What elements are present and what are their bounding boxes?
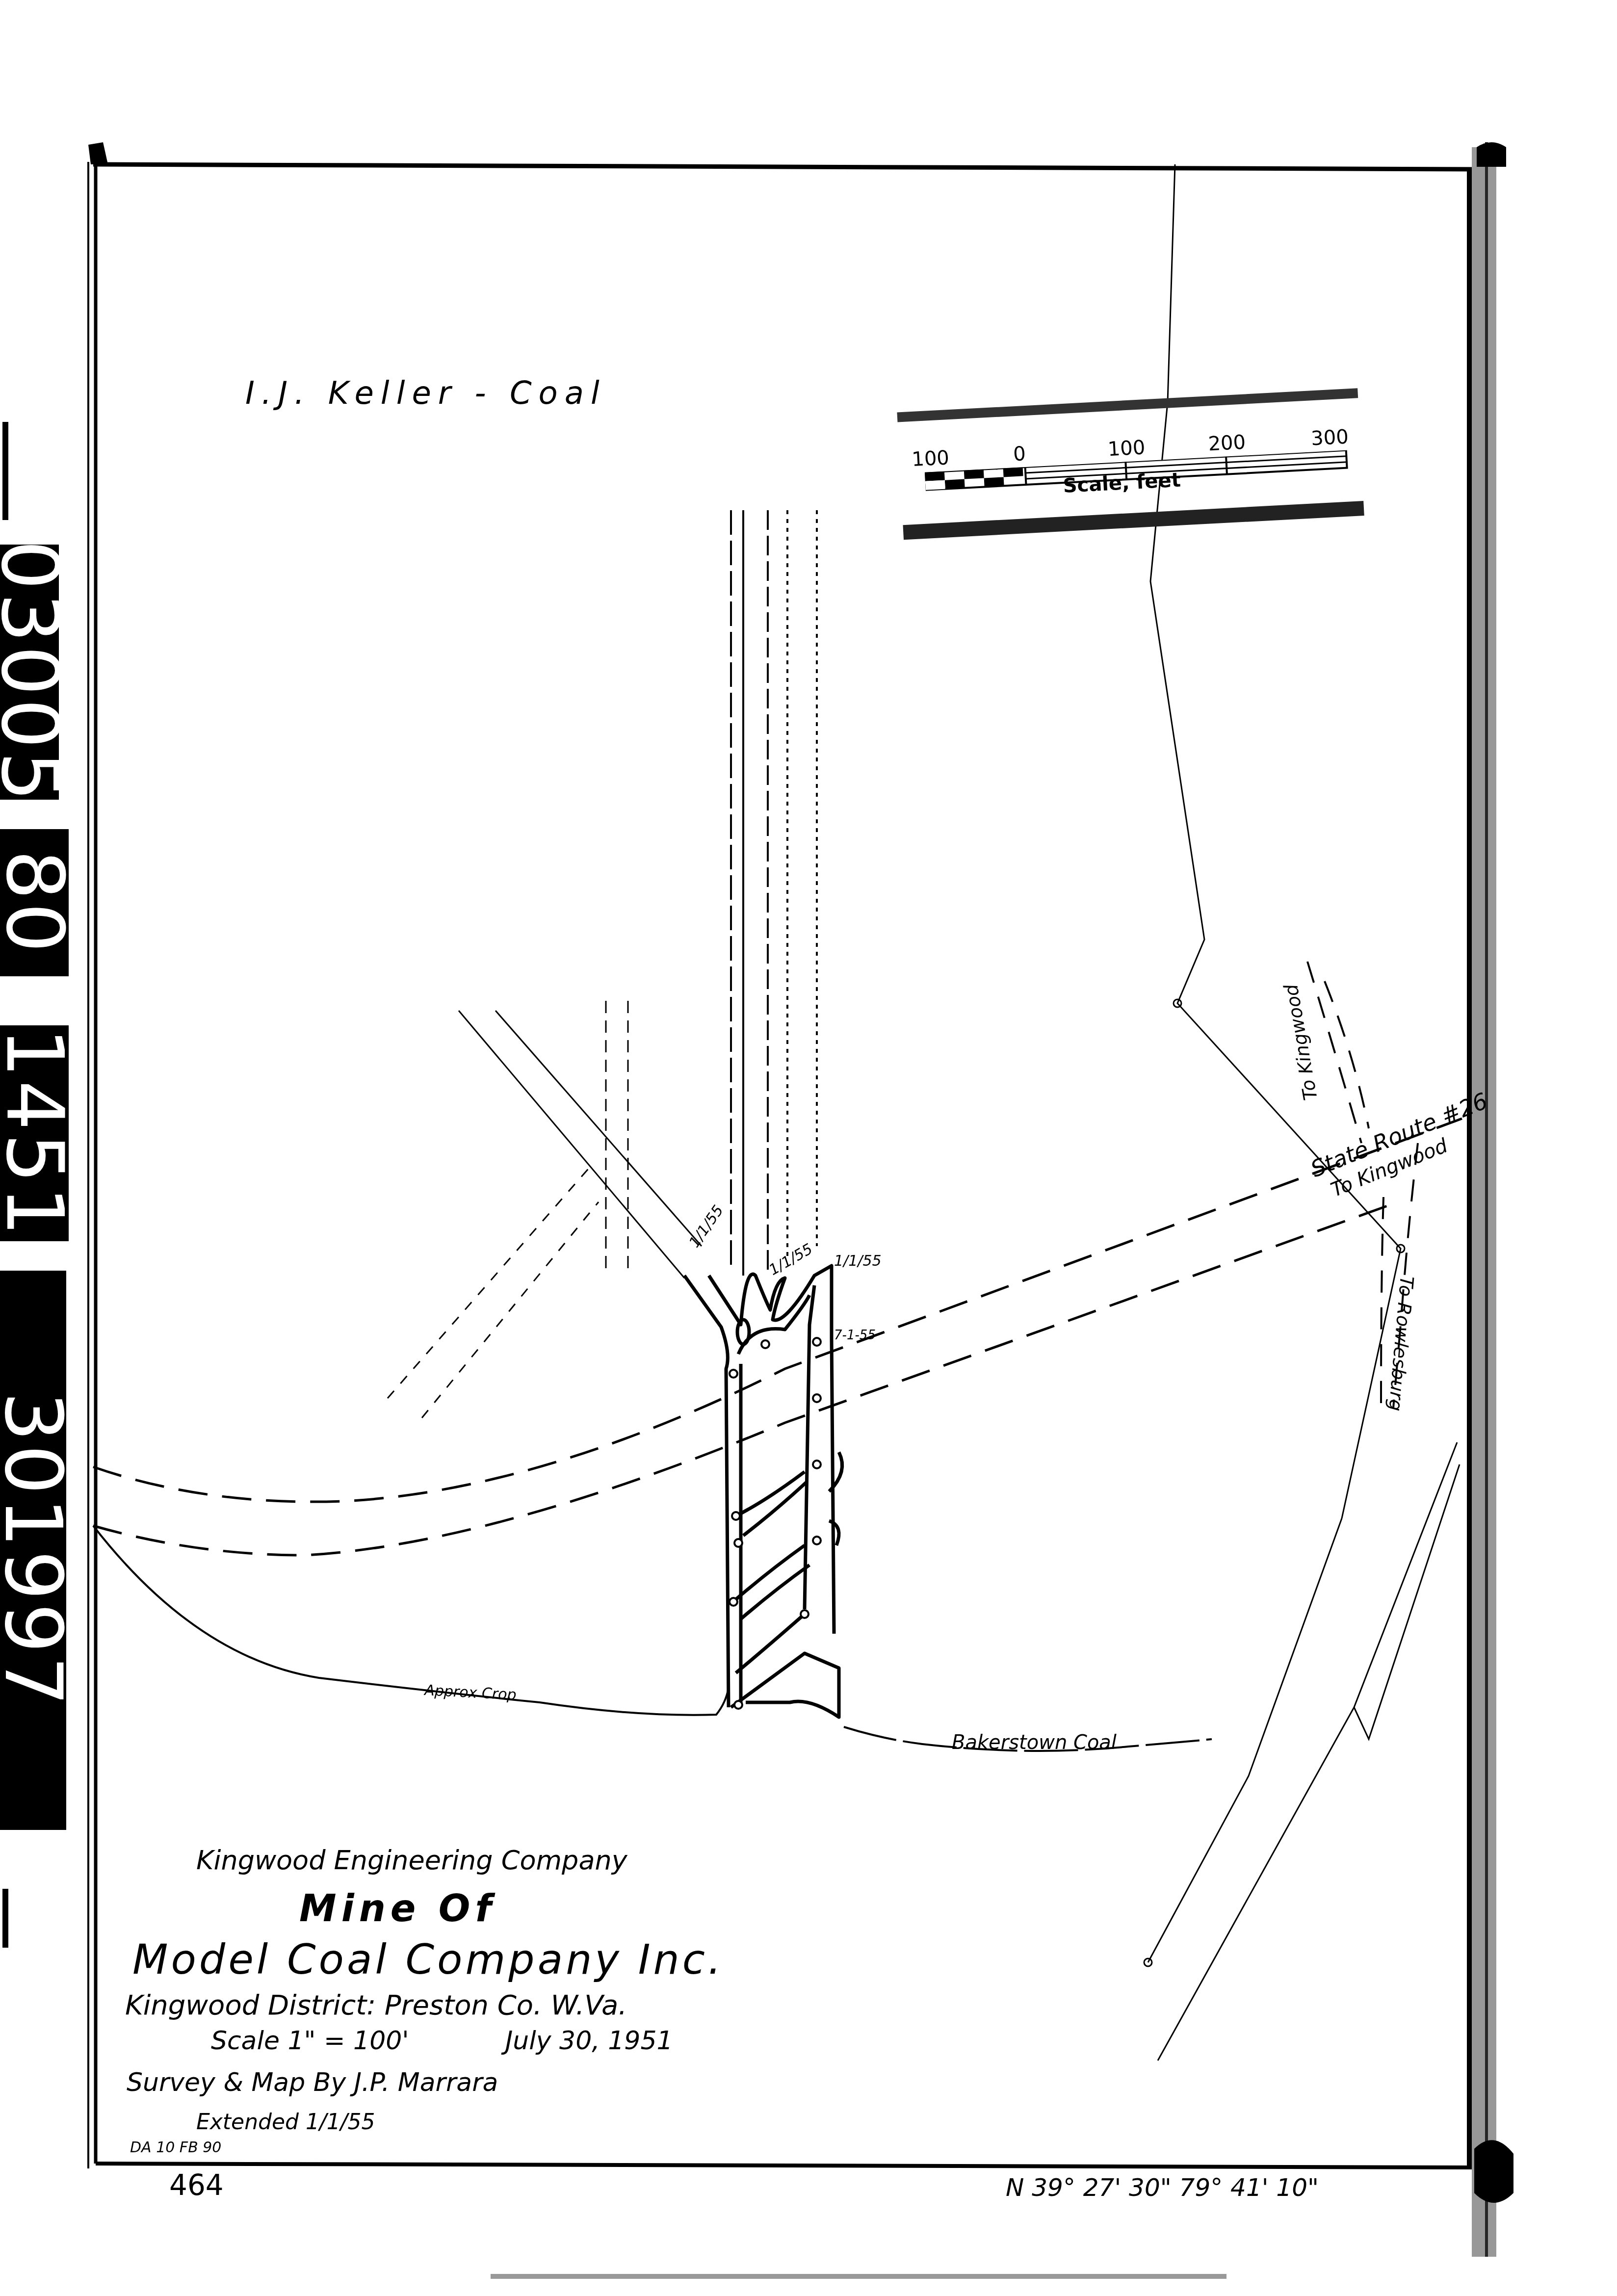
- diagonal-entries: [388, 1001, 702, 1418]
- coal-seam-label: Bakerstown Coal: [952, 1731, 1117, 1754]
- mine-workings: [684, 1266, 842, 1717]
- main-entries: [731, 510, 817, 1276]
- filing-stamp: DA 10 FB 90: [130, 2139, 221, 2156]
- adjacent-property-label: I.J. Keller - Coal: [245, 375, 606, 412]
- mine-map-sheet: State Route #26 To Kingwood To Kingwood …: [0, 0, 1617, 2296]
- surveyor-credit: Survey & Map By J.P. Marrara: [127, 2068, 498, 2097]
- geo-coordinates: N 39° 27' 30" 79° 41' 10": [1006, 2173, 1319, 2202]
- map-heading: Mine Of: [299, 1886, 496, 1930]
- owner-name: Model Coal Company Inc.: [132, 1935, 724, 1983]
- scale-tick: 0: [1013, 443, 1026, 466]
- company-name: Kingwood Engineering Company: [196, 1845, 627, 1876]
- road-south-label: To Rowlesburg: [1384, 1275, 1418, 1412]
- microfilm-id-strip: 03005 80 1451 301997: [0, 545, 74, 1879]
- crop-line: [93, 1526, 1212, 1751]
- sheet-number: 464: [169, 2168, 224, 2202]
- strip-segment: 80: [0, 829, 69, 976]
- mine-date-label: 1/1/55: [834, 1252, 882, 1270]
- strip-mark: [2, 422, 8, 520]
- mine-date-label: 7-1-55: [834, 1328, 876, 1343]
- strip-mark: [2, 1889, 8, 1948]
- strip-segment: 03005: [0, 545, 59, 800]
- scale-tick: 200: [1208, 431, 1247, 455]
- map-scale: Scale 1" = 100': [211, 2026, 409, 2056]
- mine-date-label: 1/1/55: [766, 1240, 816, 1279]
- scale-tick: 300: [1310, 426, 1349, 450]
- mine-date-label: 1/1/55: [686, 1202, 727, 1251]
- map-date: July 30, 1951: [505, 2026, 673, 2056]
- scan-noise: [491, 2274, 1226, 2279]
- strip-segment: 301997: [0, 1271, 66, 1830]
- crop-line-label: Approx Crop: [423, 1682, 517, 1704]
- scale-tick: 100: [1107, 436, 1146, 461]
- binding-clip: [1474, 2140, 1513, 2203]
- scale-tick: 100: [911, 446, 950, 471]
- location-line: Kingwood District: Preston Co. W.Va.: [125, 1989, 627, 2021]
- extension-date: Extended 1/1/55: [196, 2110, 375, 2135]
- strip-segment: 1451: [0, 1025, 69, 1241]
- survey-lines: [1158, 1442, 1460, 2061]
- road-north-label: To Kingwood: [1280, 982, 1322, 1102]
- worn-edge: [1472, 147, 1496, 2257]
